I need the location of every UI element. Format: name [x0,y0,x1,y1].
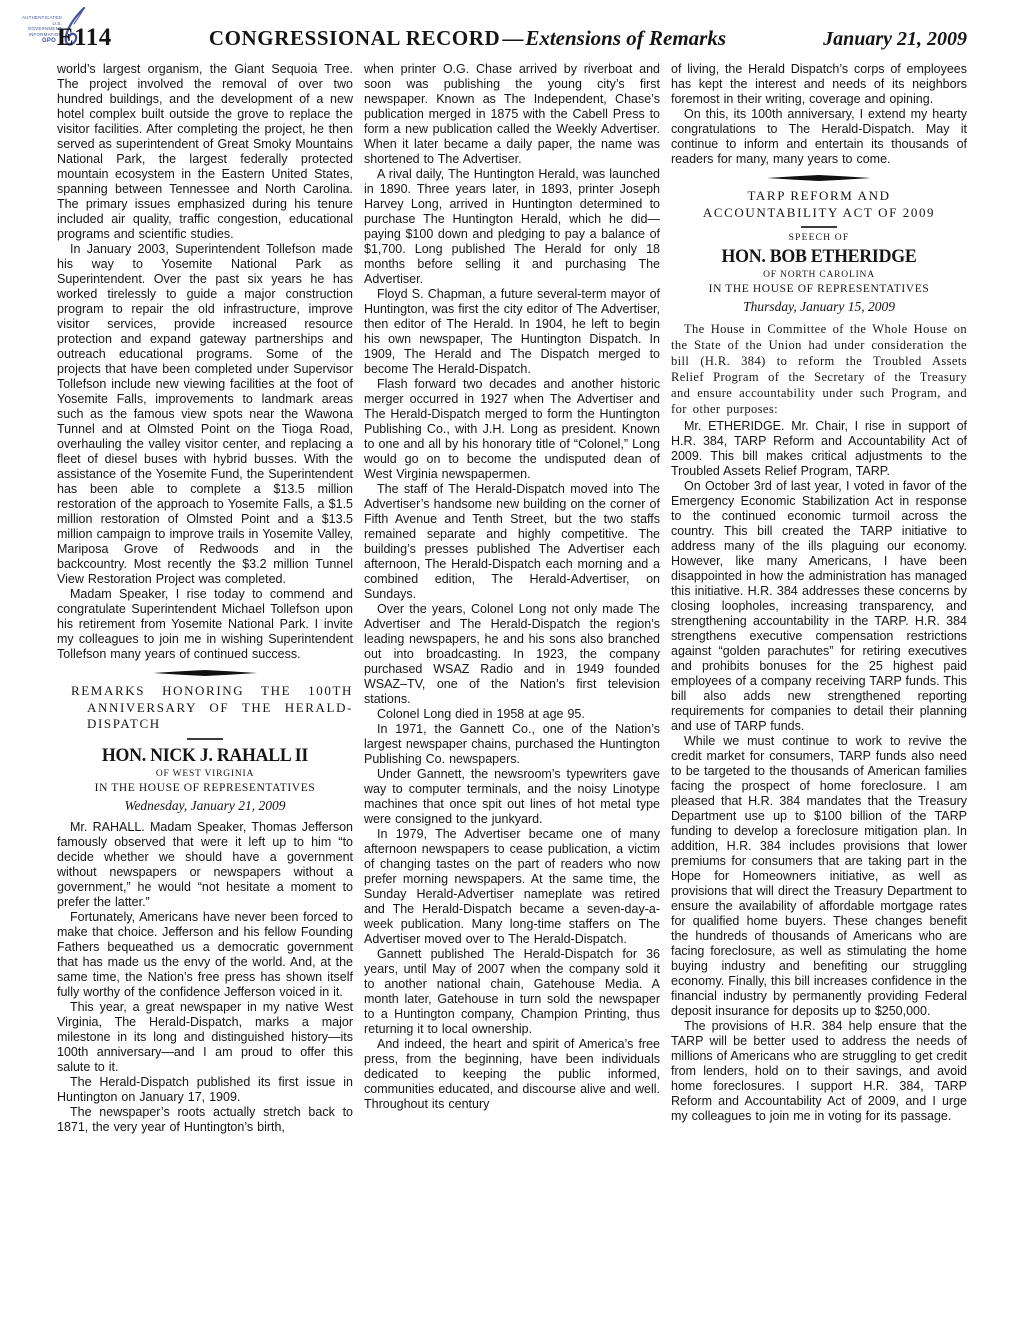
record-title: CONGRESSIONAL RECORD [209,26,500,50]
section-heading-tarp: TARP REFORM AND ACCOUNTABILITY ACT OF 20… [679,188,959,221]
speaker-name: HON. BOB ETHERIDGE [680,246,958,268]
section-divider [671,174,967,182]
chamber-line: IN THE HOUSE OF REPRESENTATIVES [57,782,353,794]
column-3: of living, the Herald Dispatch’s corps o… [671,62,967,1135]
masthead: E114 CONGRESSIONAL RECORD—Extensions of … [57,24,967,58]
paragraph: The provisions of H.R. 384 help ensure t… [671,1019,967,1124]
spindle-rule-icon [767,174,871,182]
column-2: when printer O.G. Chase arrived by river… [364,62,660,1135]
yosemite-remarks-continuation: world’s largest organism, the Giant Sequ… [57,62,353,662]
paragraph: On October 3rd of last year, I voted in … [671,479,967,734]
gpo-line-government: U.S. GOVERNMENT [18,21,62,32]
paragraph: world’s largest organism, the Giant Sequ… [57,62,353,242]
speaker-state: OF NORTH CAROLINA [671,270,967,280]
speaker-state: OF WEST VIRGINIA [57,769,353,779]
heading-rule [801,226,837,228]
gpo-line-information: INFORMATION [18,32,62,38]
page-number: E114 [57,24,112,52]
rahall-speech-continuation: when printer O.G. Chase arrived by river… [364,62,660,1112]
section-divider [57,669,353,677]
rahall-speech-text: Mr. RAHALL. Madam Speaker, Thomas Jeffer… [57,820,353,1135]
paragraph: when printer O.G. Chase arrived by river… [364,62,660,167]
record-subtitle: Extensions of Remarks [525,26,726,50]
record-title-block: CONGRESSIONAL RECORD—Extensions of Remar… [209,26,726,51]
paragraph: Gannett published The Herald-Dispatch fo… [364,947,660,1037]
paragraph: The staff of The Herald-Dispatch moved i… [364,482,660,602]
issue-date: January 21, 2009 [823,28,967,51]
speech-of-label: SPEECH OF [671,233,967,243]
paragraph: The Herald-Dispatch published its first … [57,1075,353,1105]
paragraph: Under Gannett, the newsroom’s typewriter… [364,767,660,827]
paragraph: And indeed, the heart and spirit of Amer… [364,1037,660,1112]
page-columns: world’s largest organism, the Giant Sequ… [57,62,967,1135]
speech-date: Wednesday, January 21, 2009 [57,798,353,814]
bill-preamble: The House in Committee of the Whole Hous… [671,321,967,417]
paragraph: In 1971, the Gannett Co., one of the Nat… [364,722,660,767]
paragraph: Colonel Long died in 1958 at age 95. [364,707,660,722]
paragraph: Floyd S. Chapman, a future several-term … [364,287,660,377]
paragraph: This year, a great newspaper in my nativ… [57,1000,353,1075]
paragraph: Fortunately, Americans have never been f… [57,910,353,1000]
section-heading-herald-dispatch: REMARKS HONORING THE 100TH ANNIVERSARY O… [57,683,353,733]
gpo-seal-text: AUTHENTICATED U.S. GOVERNMENT INFORMATIO… [18,15,62,45]
rahall-speech-conclusion: of living, the Herald Dispatch’s corps o… [671,62,967,167]
column-1: world’s largest organism, the Giant Sequ… [57,62,353,1135]
paragraph: Flash forward two decades and another hi… [364,377,660,482]
etheridge-speech-text: Mr. ETHERIDGE. Mr. Chair, I rise in supp… [671,419,967,1124]
paragraph: In 1979, The Advertiser became one of ma… [364,827,660,947]
heading-rule [187,738,223,740]
gpo-line-gpo: GPO [18,39,62,45]
paragraph: Over the years, Colonel Long not only ma… [364,602,660,707]
paragraph: Mr. ETHERIDGE. Mr. Chair, I rise in supp… [671,419,967,479]
paragraph: In January 2003, Superintendent Tollefso… [57,242,353,587]
paragraph: Madam Speaker, I rise today to commend a… [57,587,353,662]
gpo-line-authenticated: AUTHENTICATED [18,15,62,21]
speaker-name: HON. NICK J. RAHALL II [66,745,344,767]
speech-date: Thursday, January 15, 2009 [671,299,967,315]
paragraph: A rival daily, The Huntington Herald, wa… [364,167,660,287]
spindle-rule-icon [153,669,257,677]
record-title-dash: — [500,26,525,50]
paragraph: The newspaper’s roots actually stretch b… [57,1105,353,1135]
paragraph: of living, the Herald Dispatch’s corps o… [671,62,967,107]
chamber-line: IN THE HOUSE OF REPRESENTATIVES [671,283,967,295]
paragraph: While we must continue to work to revive… [671,734,967,1019]
paragraph: Mr. RAHALL. Madam Speaker, Thomas Jeffer… [57,820,353,910]
paragraph: On this, its 100th anniversary, I extend… [671,107,967,167]
congressional-record-page: AUTHENTICATED U.S. GOVERNMENT INFORMATIO… [0,0,1020,1320]
